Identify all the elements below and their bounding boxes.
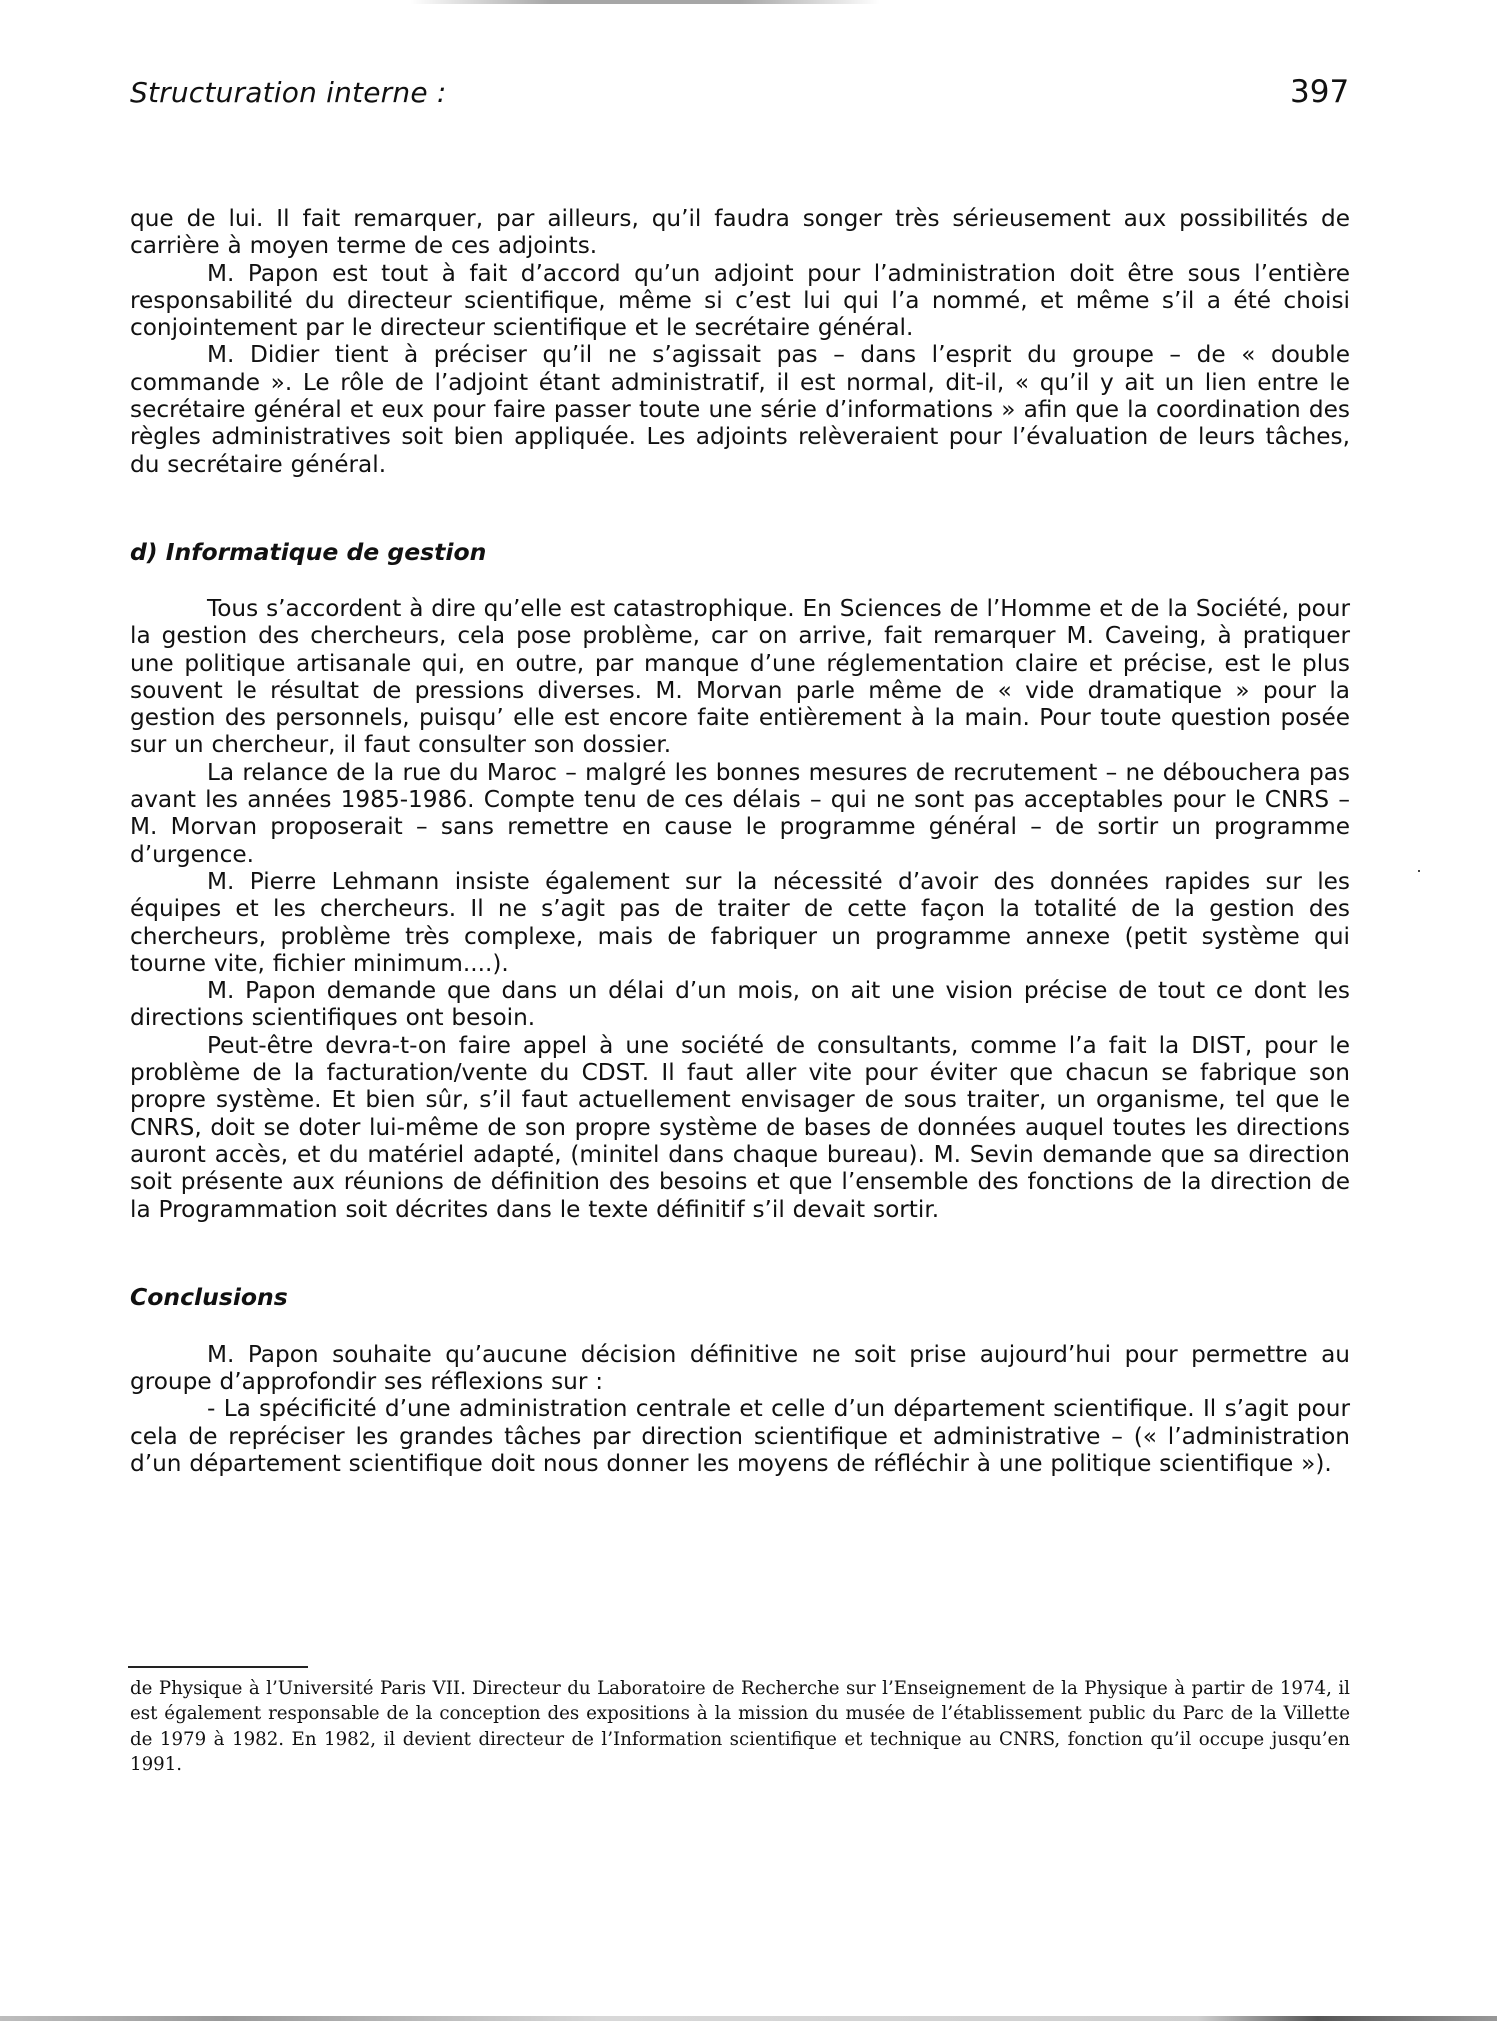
- page-number: 397: [1290, 74, 1349, 110]
- paragraph-lehmann: M. Pierre Lehmann insiste également sur …: [130, 868, 1350, 977]
- section-heading-conclusions: Conclusions: [130, 1283, 1350, 1311]
- paragraph-consultants: Peut-être devra-t-on faire appel à une s…: [130, 1032, 1350, 1223]
- paragraph-papon-delai: M. Papon demande que dans un délai d’un …: [130, 977, 1350, 1032]
- scan-bottom-edge: [0, 2016, 1497, 2021]
- paragraph-catastrophique: Tous s’accordent à dire qu’elle est cata…: [130, 595, 1350, 759]
- scan-speck: [1418, 870, 1420, 872]
- main-text-column: que de lui. Il fait remarquer, par aille…: [130, 205, 1350, 1477]
- running-header-title: Structuration interne :: [130, 76, 446, 109]
- section-heading-informatique: d) Informatique de gestion: [130, 538, 1350, 566]
- footnote-text: de Physique à l’Université Paris VII. Di…: [130, 1676, 1350, 1778]
- paragraph-papon-souhaite: M. Papon souhaite qu’aucune décision déf…: [130, 1341, 1350, 1396]
- paragraph-continued: que de lui. Il fait remarquer, par aille…: [130, 205, 1350, 260]
- paragraph-papon-agreement: M. Papon est tout à fait d’accord qu’un …: [130, 260, 1350, 342]
- paragraph-rue-du-maroc: La relance de la rue du Maroc – malgré l…: [130, 759, 1350, 868]
- footnote-block: de Physique à l’Université Paris VII. Di…: [130, 1676, 1350, 1778]
- list-item-specificite: - La spécificité d’une administration ce…: [130, 1395, 1350, 1477]
- footnote-separator: [128, 1666, 308, 1668]
- paragraph-didier: M. Didier tient à préciser qu’il ne s’ag…: [130, 341, 1350, 477]
- scan-top-shadow: [410, 0, 880, 4]
